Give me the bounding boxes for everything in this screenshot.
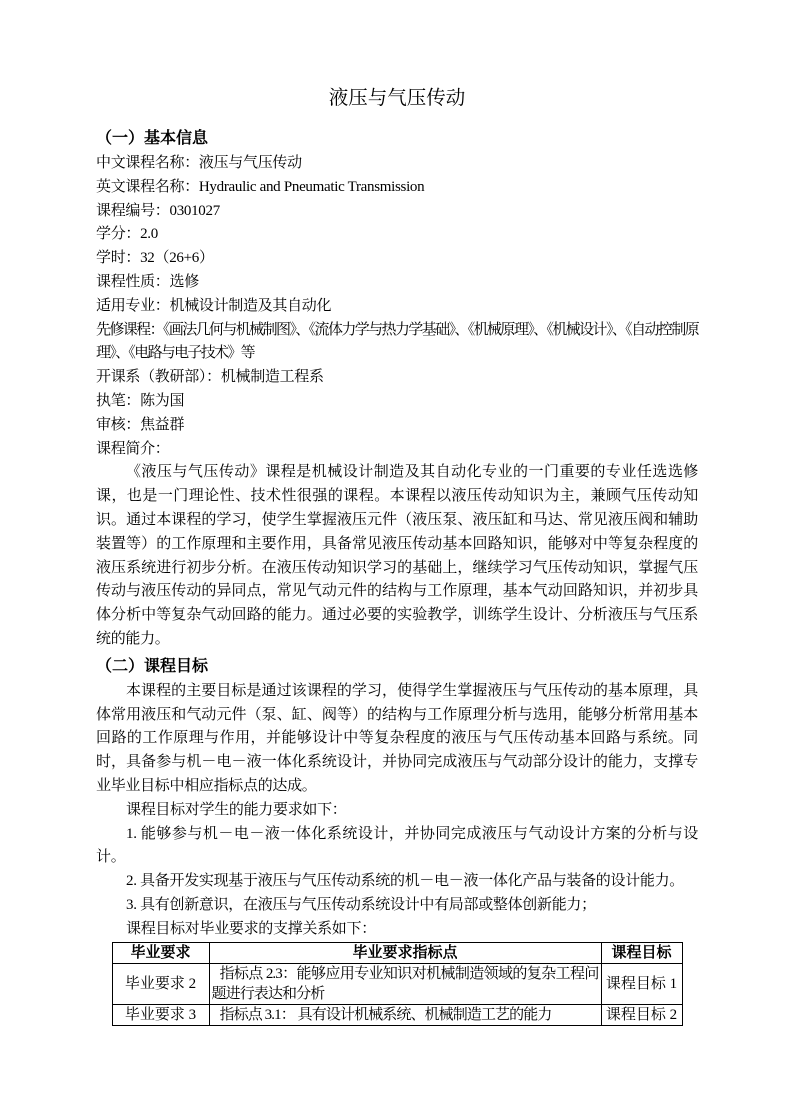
document-page: 液压与气压传动 （一）基本信息 中文课程名称：液压与气压传动 英文课程名称：Hy… <box>0 0 794 1108</box>
info-line-hours: 学时：32（26+6） <box>96 247 698 271</box>
info-line-department: 开课系（教研部）：机械制造工程系 <box>96 366 698 390</box>
ability-item-1: 1. 能够参与机－电－液一体化系统设计，并协同完成液压与气动设计方案的分析与设计… <box>96 823 698 871</box>
info-line-prerequisites: 先修课程：《画法几何与机械制图》、《流体力学与热力学基础》、《机械原理》、《机械… <box>96 319 698 367</box>
ability-item-3: 3. 具有创新意识，在液压与气压传动系统设计中有局部或整体创新能力； <box>96 894 698 918</box>
section-heading-objectives: （二）课程目标 <box>96 654 698 680</box>
header-cell-indicator: 毕业要求指标点 <box>209 942 601 963</box>
objectives-paragraph: 本课程的主要目标是通过该课程的学习，使得学生掌握液压与气压传动的基本原理，具体常… <box>96 680 698 799</box>
info-line-intro-label: 课程简介： <box>96 438 698 462</box>
cell-indicator: 指标点 3.1： 具有设计机械系统、机械制造工艺的能力 <box>209 1004 601 1025</box>
info-line-cn-name: 中文课程名称：液压与气压传动 <box>96 152 698 176</box>
cell-requirement: 毕业要求 3 <box>112 1004 209 1025</box>
support-relation-intro: 课程目标对毕业要求的支撑关系如下： <box>96 918 698 942</box>
section-heading-basic-info: （一）基本信息 <box>96 126 698 152</box>
info-line-author: 执笔：陈为国 <box>96 390 698 414</box>
header-cell-requirement: 毕业要求 <box>112 942 209 963</box>
ability-requirements-intro: 课程目标对学生的能力要求如下： <box>96 799 698 823</box>
cell-objective: 课程目标 1 <box>601 963 682 1004</box>
ability-item-2: 2. 具备开发实现基于液压与气压传动系统的机－电－液一体化产品与装备的设计能力。 <box>96 870 698 894</box>
info-line-en-name: 英文课程名称：Hydraulic and Pneumatic Transmiss… <box>96 176 698 200</box>
cell-indicator: 指标点 2.3：能够应用专业知识对机械制造领域的复杂工程问题进行表达和分析 <box>209 963 601 1004</box>
course-intro-paragraph: 《液压与气压传动》课程是机械设计制造及其自动化专业的一门重要的专业任选选修课，也… <box>96 461 698 651</box>
info-line-course-code: 课程编号：0301027 <box>96 200 698 224</box>
info-line-credits: 学分：2.0 <box>96 223 698 247</box>
info-line-course-type: 课程性质：选修 <box>96 271 698 295</box>
table-header-row: 毕业要求 毕业要求指标点 课程目标 <box>112 942 682 963</box>
info-line-major: 适用专业：机械设计制造及其自动化 <box>96 295 698 319</box>
doc-title: 液压与气压传动 <box>96 84 698 114</box>
header-cell-objective: 课程目标 <box>601 942 682 963</box>
support-table: 毕业要求 毕业要求指标点 课程目标 毕业要求 2 指标点 2.3：能够应用专业知… <box>112 942 683 1026</box>
info-line-reviewer: 审核：焦益群 <box>96 414 698 438</box>
cell-objective: 课程目标 2 <box>601 1004 682 1025</box>
table-row: 毕业要求 2 指标点 2.3：能够应用专业知识对机械制造领域的复杂工程问题进行表… <box>112 963 682 1004</box>
cell-requirement: 毕业要求 2 <box>112 963 209 1004</box>
table-row: 毕业要求 3 指标点 3.1： 具有设计机械系统、机械制造工艺的能力 课程目标 … <box>112 1004 682 1025</box>
